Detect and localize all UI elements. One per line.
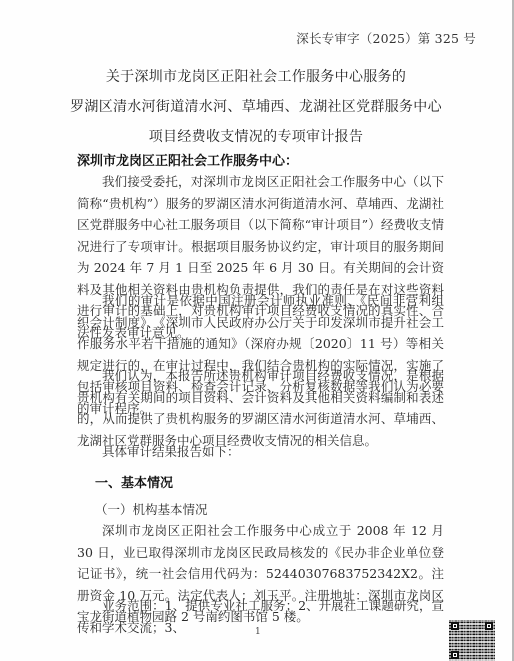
document-page: 深长专审字（2025）第 325 号 关于深圳市龙岗区正阳社会工作服务中心服务的… xyxy=(0,0,514,661)
paragraph-opinion: 我们认为，本报告所述贵机构审计项目经费收支情况，是根据贵机构有关期间的项目资料、… xyxy=(77,365,444,451)
paragraph-results-intro: 具体审计结果报告如下： xyxy=(77,441,444,463)
report-title-line-3: 项目经费收支情况的专项审计报告 xyxy=(0,126,512,146)
qr-code-icon xyxy=(449,620,495,661)
paragraph-text: 具体审计结果报告如下： xyxy=(77,441,444,463)
qr-finder-pattern xyxy=(451,622,459,630)
page-number: 1 xyxy=(255,627,261,637)
report-title-line-2: 罗湖区清水河街道清水河、草埔西、龙湖社区党群服务中心 xyxy=(0,96,512,116)
qr-finder-pattern xyxy=(485,622,493,630)
paragraph-text: 我们认为，本报告所述贵机构审计项目经费收支情况，是根据贵机构有关期间的项目资料、… xyxy=(77,365,444,451)
addressee: 深圳市龙岗区正阳社会工作服务中心： xyxy=(77,150,298,169)
subsection-heading: （一）机构基本情况 xyxy=(95,500,208,518)
section-heading: 一、基本情况 xyxy=(95,472,173,491)
document-number: 深长专审字（2025）第 325 号 xyxy=(296,29,476,47)
qr-finder-pattern xyxy=(451,651,459,659)
report-title-line-1: 关于深圳市龙岗区正阳社会工作服务中心服务的 xyxy=(0,66,512,86)
